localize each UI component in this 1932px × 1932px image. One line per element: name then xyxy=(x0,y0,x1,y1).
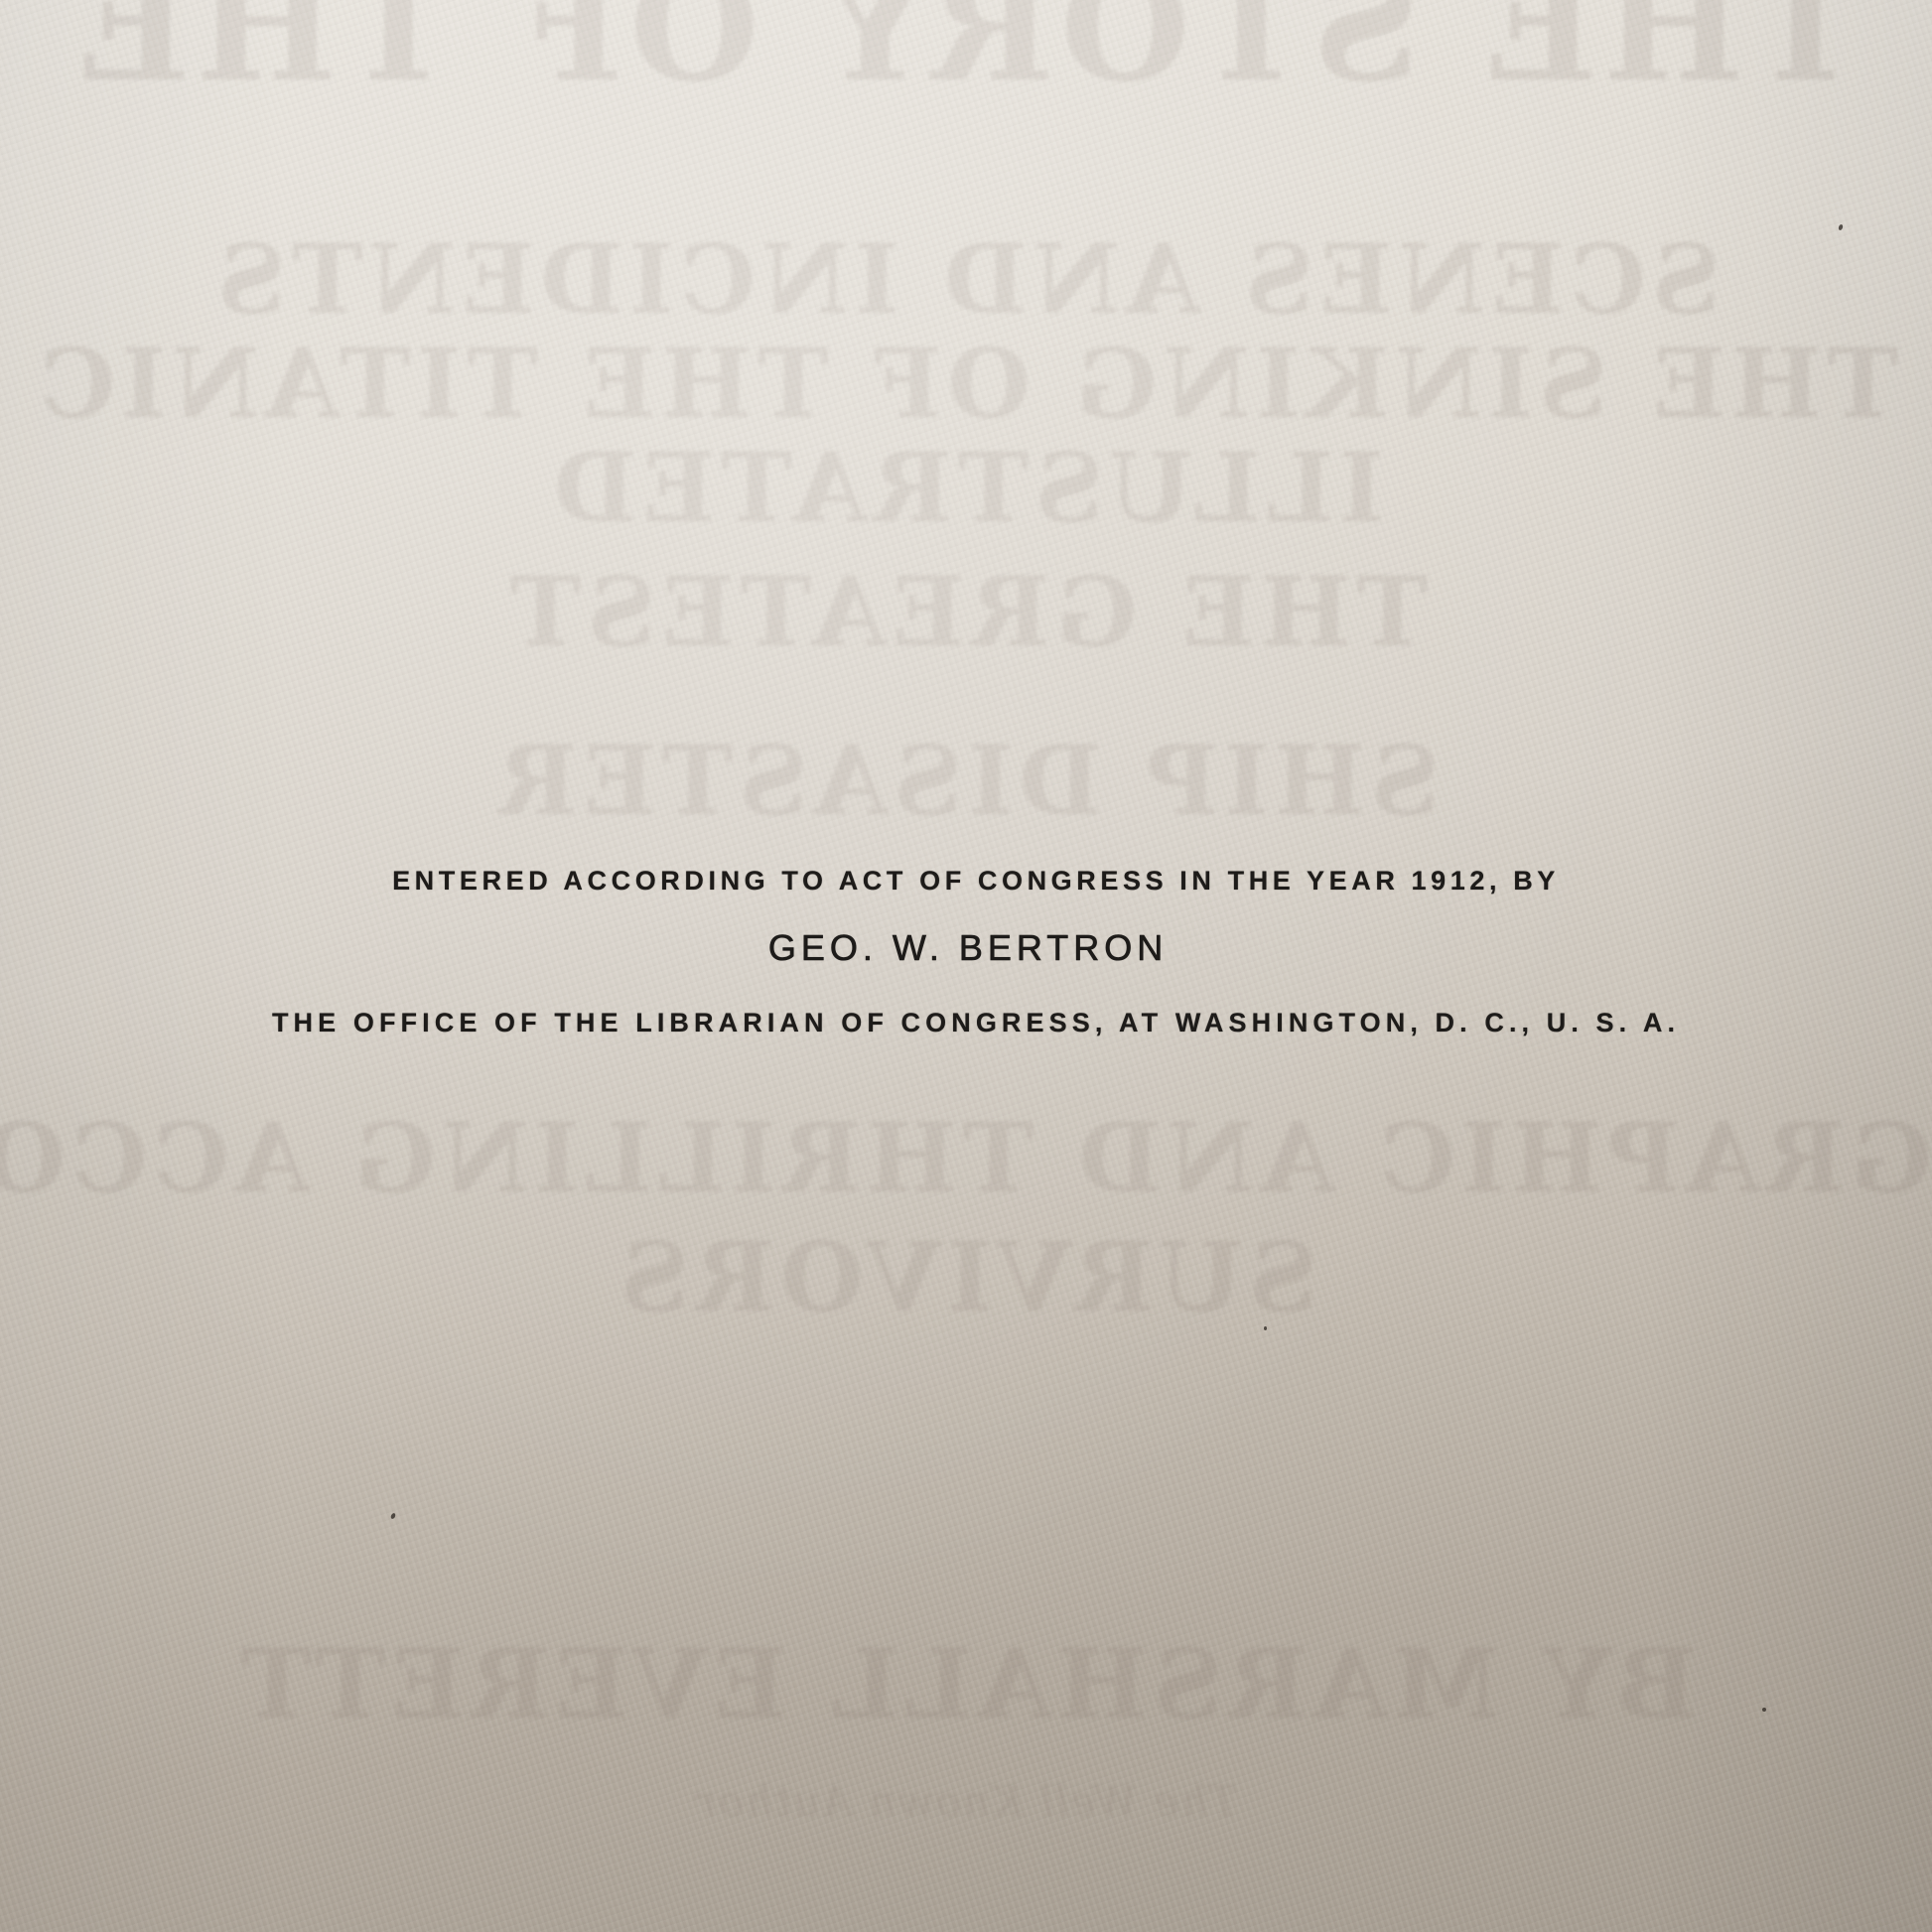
show-through-line: The Well Known Author xyxy=(0,1777,1932,1826)
show-through-line: GRAPHIC AND THRILLING ACCOUNTS OF xyxy=(0,1102,1932,1214)
show-through-line: SURVIVORS xyxy=(0,1221,1932,1333)
copyright-entry-line: ENTERED ACCORDING TO ACT OF CONGRESS IN … xyxy=(0,866,1932,897)
ink-speck xyxy=(1264,1326,1267,1330)
copyright-holder-name: GEO. W. BERTRON xyxy=(0,927,1932,969)
show-through-line: THE STORY OF THE xyxy=(0,0,1932,115)
copyright-office-line: THE OFFICE OF THE LIBRARIAN OF CONGRESS,… xyxy=(0,1008,1932,1038)
ink-speck xyxy=(1838,223,1844,230)
show-through-line: THE GREATEST xyxy=(0,556,1932,668)
show-through-line: SHIP DISASTER xyxy=(0,725,1932,837)
ink-speck xyxy=(1762,1708,1766,1712)
show-through-line: ILLUSTRATED xyxy=(0,432,1932,544)
ink-speck xyxy=(390,1512,396,1519)
show-through-line: SCENES AND INCIDENTS xyxy=(0,223,1932,336)
show-through-line: BY MARSHALL EVERETT xyxy=(0,1628,1932,1740)
show-through-line: THE SINKING OF THE TITANIC xyxy=(0,328,1932,440)
